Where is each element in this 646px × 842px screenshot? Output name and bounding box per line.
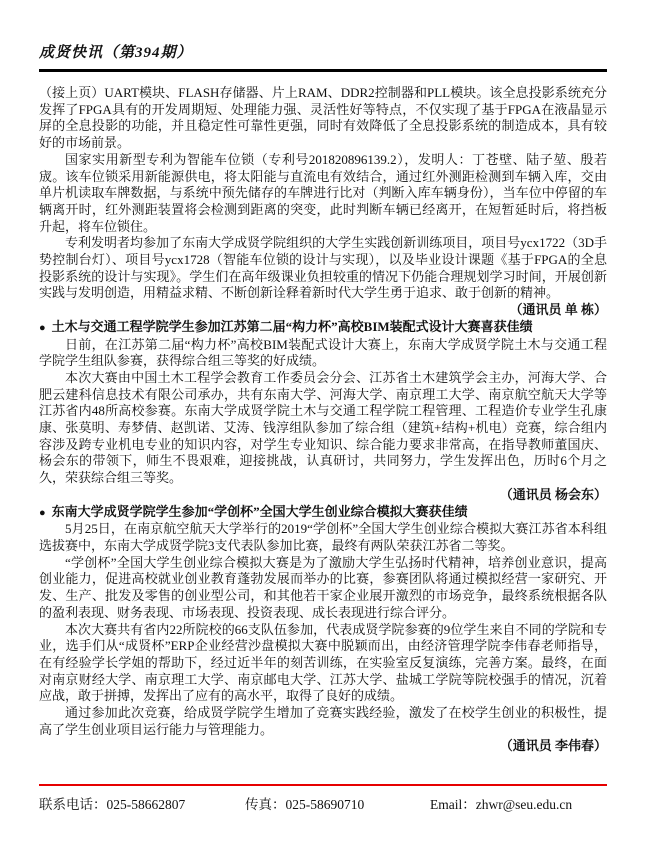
contact-phone-value: 025-58662807 <box>107 797 186 812</box>
body-paragraph: 日前，在江苏第二届“构力杯”高校BIM装配式设计大赛上，东南大学成贤学院土木与交… <box>39 337 607 370</box>
contact-email: Email：zhwr@seu.edu.cn <box>430 793 572 813</box>
header-divider <box>39 69 607 72</box>
contact-email-value: zhwr@seu.edu.cn <box>476 797 572 812</box>
contact-fax-value: 025-58690710 <box>286 797 365 812</box>
contact-row: 联系电话：025-58662807 传真：025-58690710 Email：… <box>39 793 607 813</box>
bullet-icon: ● <box>39 320 46 337</box>
contact-phone-label: 联系电话： <box>39 797 107 812</box>
section-heading: ● 东南大学成贤学院学生参加“学创杯”全国大学生创业综合模拟大赛获佳绩 <box>39 504 607 522</box>
section-title: 土木与交通工程学院学生参加江苏第二届“构力杯”高校BIM装配式设计大赛喜获佳绩 <box>52 319 533 336</box>
newsletter-page: 成贤快讯（第394期） （接上页）UART模块、FLASH存储器、片上RAM、D… <box>0 0 646 842</box>
body-paragraph: 国家实用新型专利为智能车位锁（专利号201820896139.2），发明人：丁苍… <box>39 152 607 236</box>
newsletter-body: （接上页）UART模块、FLASH存储器、片上RAM、DDR2控制器和PLL模块… <box>39 85 607 755</box>
body-paragraph: （接上页）UART模块、FLASH存储器、片上RAM、DDR2控制器和PLL模块… <box>39 85 607 152</box>
correspondent-byline: （通讯员 李伟春） <box>39 738 607 755</box>
page-header: 成贤快讯（第394期） <box>39 0 607 72</box>
contact-fax: 传真：025-58690710 <box>245 793 430 813</box>
correspondent-byline: （通讯员 杨会东） <box>39 487 607 504</box>
body-paragraph: “学创杯”全国大学生创业综合模拟大赛是为了激励大学生弘扬时代精神，培养创业意识，… <box>39 555 607 622</box>
footer-divider <box>39 784 607 786</box>
correspondent-byline: （通讯员 单 栋） <box>39 302 607 319</box>
body-paragraph: 本次大赛由中国土木工程学会教育工作委员会分会、江苏省土木建筑学会主办，河海大学、… <box>39 370 607 487</box>
bullet-icon: ● <box>39 505 46 522</box>
body-paragraph: 专利发明者均参加了东南大学成贤学院组织的大学生实践创新训练项目，项目号ycx17… <box>39 235 607 302</box>
contact-phone: 联系电话：025-58662807 <box>39 793 245 813</box>
body-paragraph: 5月25日，在南京航空航天大学举行的2019“学创杯”全国大学生创业综合模拟大赛… <box>39 521 607 554</box>
body-paragraph: 通过参加此次竞赛，给成贤学院学生增加了竞赛实践经验，激发了在校学生创业的积极性，… <box>39 705 607 738</box>
section-bim-contest: ● 土木与交通工程学院学生参加江苏第二届“构力杯”高校BIM装配式设计大赛喜获佳… <box>39 319 607 504</box>
section-title: 东南大学成贤学院学生参加“学创杯”全国大学生创业综合模拟大赛获佳绩 <box>52 504 468 521</box>
contact-fax-label: 传真： <box>245 797 286 812</box>
newsletter-title: 成贤快讯（第394期） <box>39 0 607 62</box>
section-heading: ● 土木与交通工程学院学生参加江苏第二届“构力杯”高校BIM装配式设计大赛喜获佳… <box>39 319 607 337</box>
contact-email-label: Email： <box>430 797 476 812</box>
section-xuechuang-cup: ● 东南大学成贤学院学生参加“学创杯”全国大学生创业综合模拟大赛获佳绩 5月25… <box>39 504 607 756</box>
body-paragraph: 本次大赛共有省内22所院校的66支队伍参加，代表成贤学院参赛的9位学生来自不同的… <box>39 622 607 706</box>
page-footer: 联系电话：025-58662807 传真：025-58690710 Email：… <box>39 784 607 813</box>
